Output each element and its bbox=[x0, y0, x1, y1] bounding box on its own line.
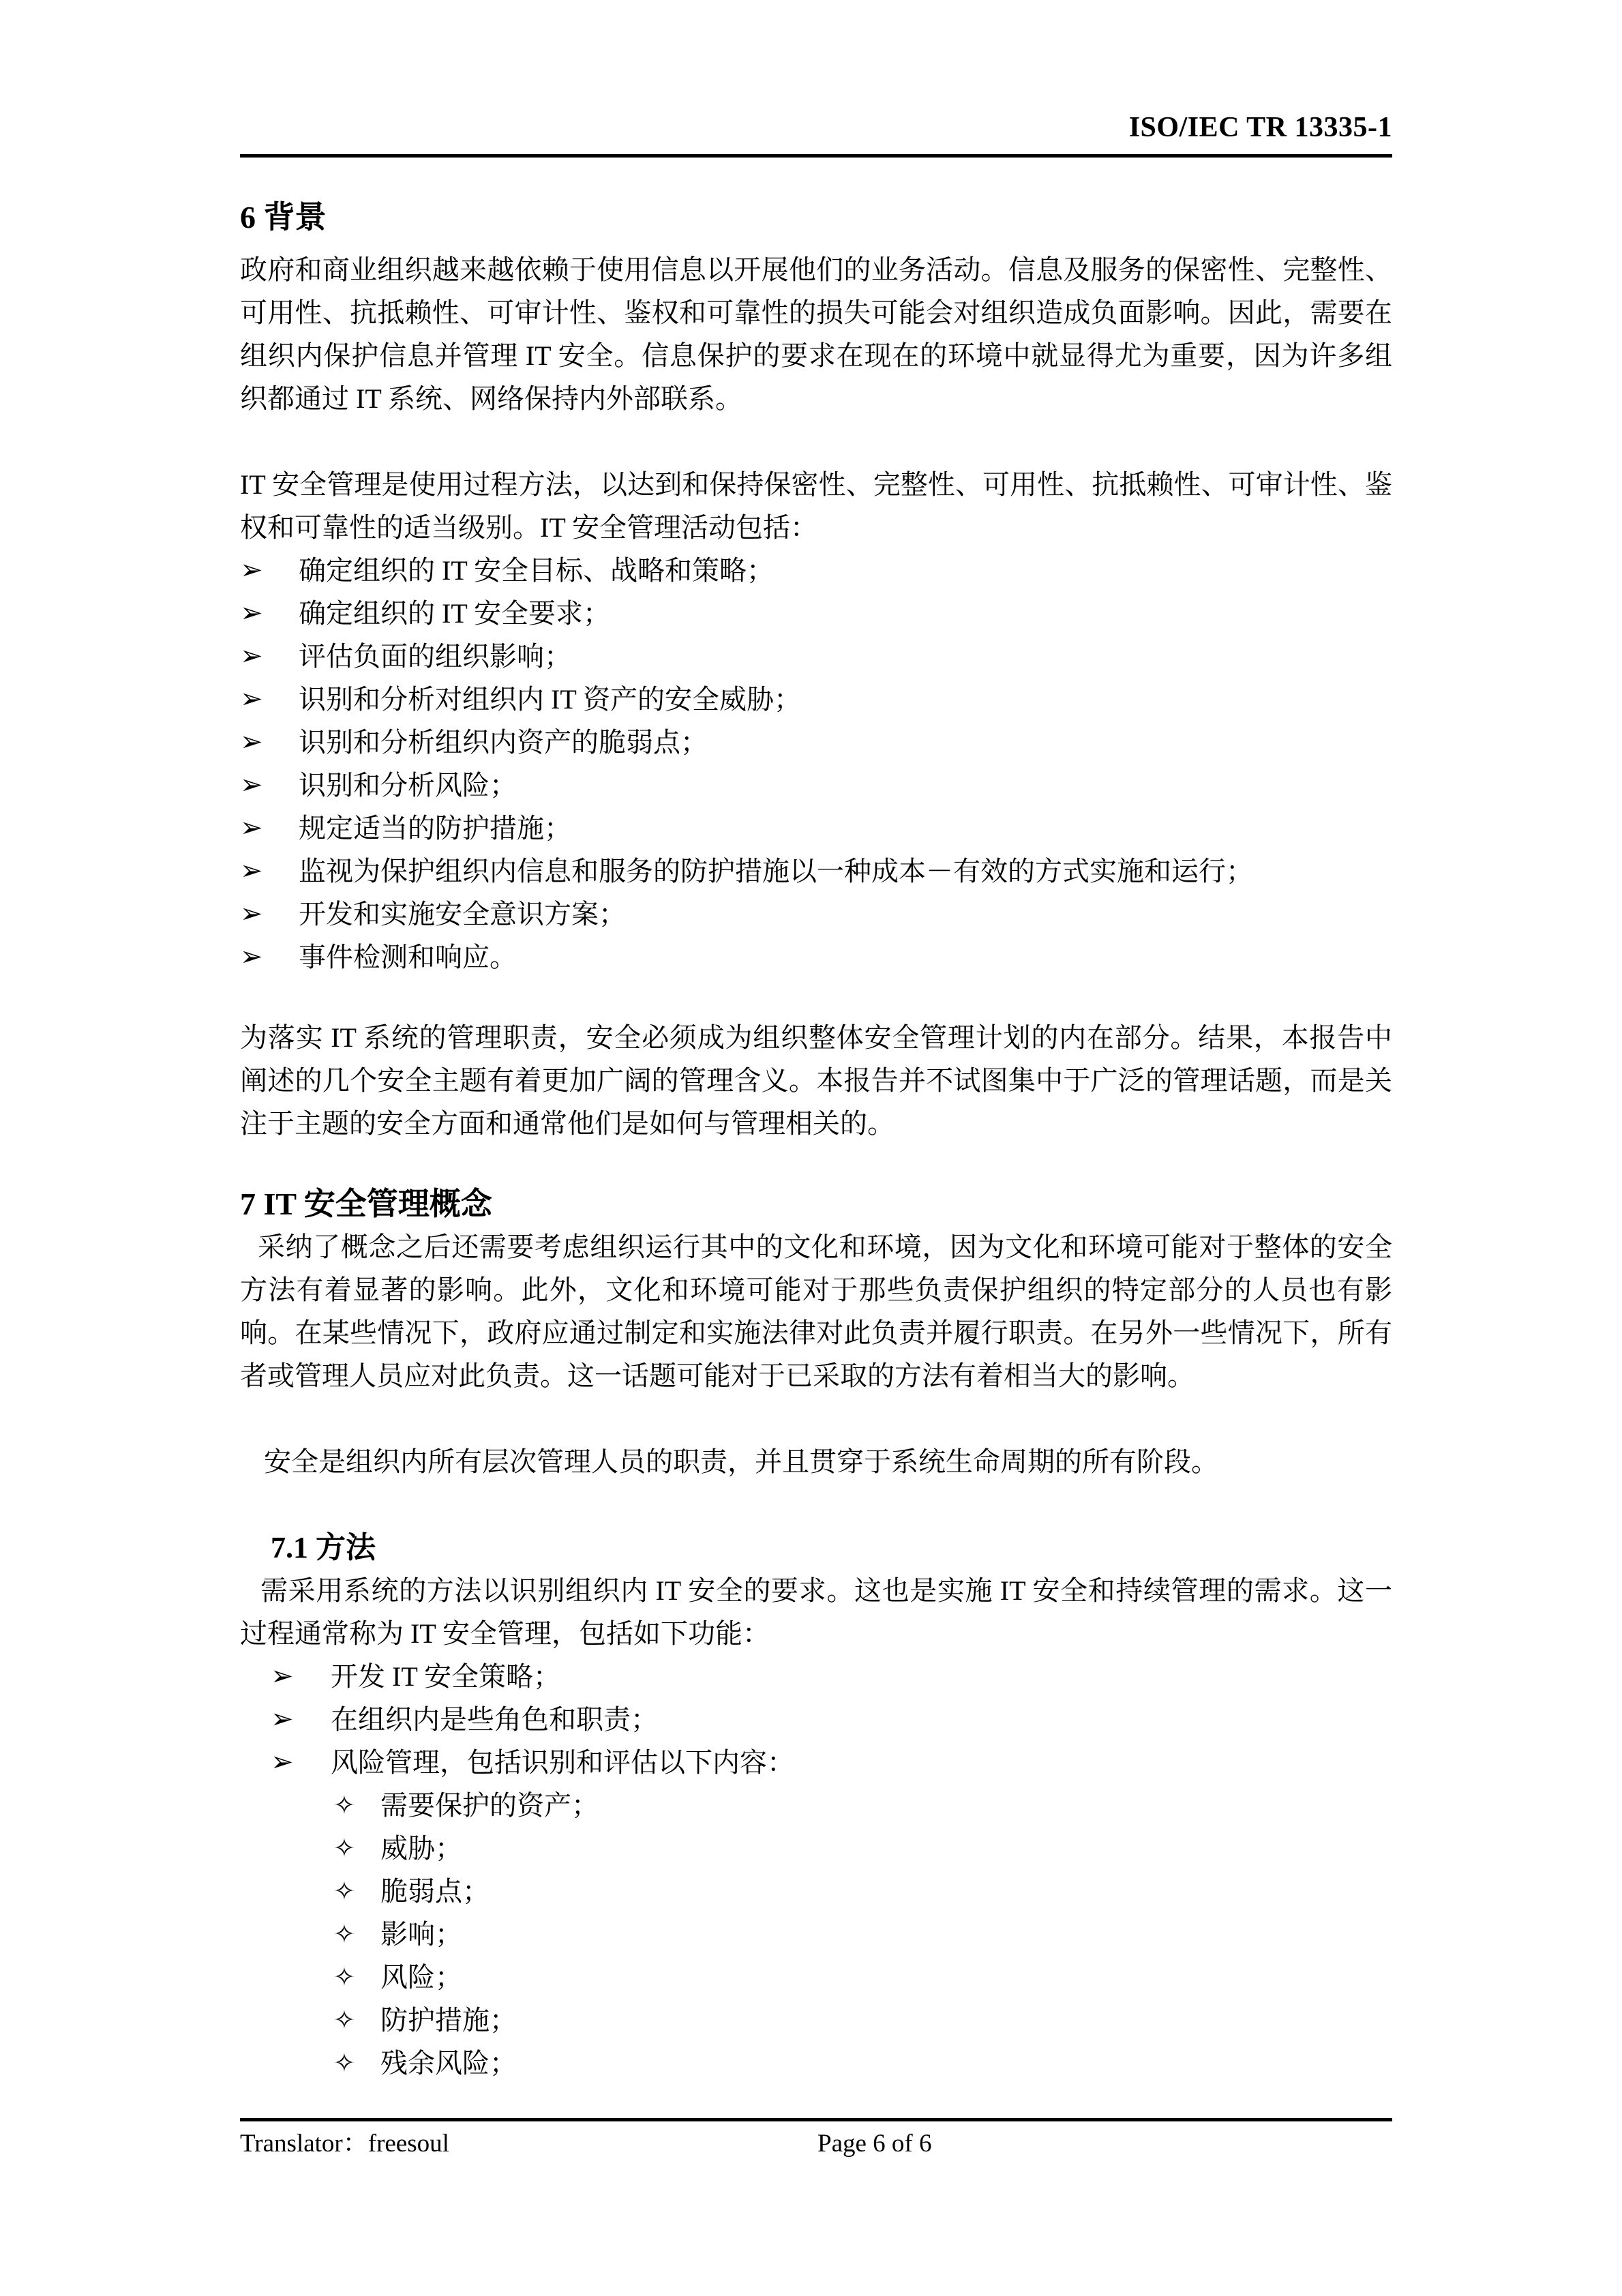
section7-paragraph-2: 安全是组织内所有层次管理人员的职责，并且贯穿于系统生命周期的所有阶段。 bbox=[240, 1440, 1392, 1483]
list-item: ✧威胁； bbox=[333, 1827, 1392, 1870]
header-doc-reference: ISO/IEC TR 13335-1 bbox=[240, 0, 1392, 145]
list-item: ➢事件检测和响应。 bbox=[240, 936, 1392, 979]
diamond-bullet-icon: ✧ bbox=[333, 1827, 355, 1870]
page-number-label: Page 6 of 6 bbox=[817, 2128, 932, 2160]
list-item-text: 识别和分析对组织内 IT 资产的安全威胁； bbox=[299, 684, 801, 715]
list-item: ✧防护措施； bbox=[333, 1999, 1392, 2042]
arrow-bullet-icon: ➢ bbox=[240, 592, 263, 635]
list-item-text: 识别和分析组织内资产的脆弱点； bbox=[299, 727, 708, 758]
section7-paragraph-1: 采纳了概念之后还需要考虑组织运行其中的文化和环境，因为文化和环境可能对于整体的安… bbox=[240, 1225, 1392, 1397]
list-item-text: 确定组织的 IT 安全目标、战略和策略； bbox=[299, 555, 774, 586]
arrow-bullet-icon: ➢ bbox=[240, 850, 263, 893]
list-item-text: 在组织内是些角色和职责； bbox=[331, 1704, 658, 1735]
arrow-bullet-icon: ➢ bbox=[240, 635, 263, 678]
arrow-bullet-icon: ➢ bbox=[271, 1741, 294, 1784]
list-item-text: 影响； bbox=[380, 1919, 462, 1950]
list-item-text: 威胁； bbox=[380, 1833, 462, 1864]
arrow-bullet-icon: ➢ bbox=[271, 1655, 294, 1698]
translator-label: Translator：freesoul bbox=[240, 2130, 449, 2158]
arrow-bullet-icon: ➢ bbox=[240, 678, 263, 721]
list-item-text: 残余风险； bbox=[380, 2048, 517, 2078]
diamond-bullet-icon: ✧ bbox=[333, 1870, 355, 1913]
diamond-bullet-icon: ✧ bbox=[333, 2042, 355, 2085]
list-item-text: 开发和实施安全意识方案； bbox=[299, 899, 626, 929]
list-item-text: 风险； bbox=[380, 1962, 462, 1993]
list-item: ✧残余风险； bbox=[333, 2042, 1392, 2085]
it-security-functions-list: ➢开发 IT 安全策略； ➢在组织内是些角色和职责； ➢风险管理，包括识别和评估… bbox=[271, 1655, 1392, 1784]
arrow-bullet-icon: ➢ bbox=[240, 807, 263, 850]
list-item: ✧风险； bbox=[333, 1956, 1392, 1999]
section-7-1-heading: 7.1 方法 bbox=[271, 1526, 1392, 1569]
diamond-bullet-icon: ✧ bbox=[333, 1913, 355, 1956]
list-item: ➢确定组织的 IT 安全目标、战略和策略； bbox=[240, 549, 1392, 592]
list-item: ✧脆弱点； bbox=[333, 1870, 1392, 1913]
document-page: ISO/IEC TR 13335-1 6 背景 政府和商业组织越来越依赖于使用信… bbox=[0, 0, 1622, 2296]
list-item-text: 规定适当的防护措施； bbox=[299, 813, 571, 844]
arrow-bullet-icon: ➢ bbox=[271, 1698, 294, 1741]
list-item-text: 风险管理，包括识别和评估以下内容： bbox=[331, 1747, 794, 1778]
section6-paragraph-2: IT 安全管理是使用过程方法，以达到和保持保密性、完整性、可用性、抗抵赖性、可审… bbox=[240, 463, 1392, 549]
list-item-text: 防护措施； bbox=[380, 2005, 517, 2036]
list-item: ➢评估负面的组织影响； bbox=[240, 635, 1392, 678]
arrow-bullet-icon: ➢ bbox=[240, 893, 263, 936]
section-7-heading: 7 IT 安全管理概念 bbox=[240, 1182, 1392, 1225]
page-footer: Translator：freesoul Page 6 of 6 bbox=[240, 2128, 1392, 2160]
section6-paragraph-3: 为落实 IT 系统的管理职责，安全必须成为组织整体安全管理计划的内在部分。结果，… bbox=[240, 1016, 1392, 1145]
diamond-bullet-icon: ✧ bbox=[333, 1999, 355, 2042]
section-6-heading: 6 背景 bbox=[240, 196, 1392, 239]
list-item: ➢开发和实施安全意识方案； bbox=[240, 893, 1392, 936]
list-item: ➢确定组织的 IT 安全要求； bbox=[240, 592, 1392, 635]
list-item: ➢开发 IT 安全策略； bbox=[271, 1655, 1392, 1698]
arrow-bullet-icon: ➢ bbox=[240, 936, 263, 979]
it-security-activities-list: ➢确定组织的 IT 安全目标、战略和策略； ➢确定组织的 IT 安全要求； ➢评… bbox=[240, 549, 1392, 979]
list-item-text: 开发 IT 安全策略； bbox=[331, 1661, 560, 1692]
list-item-text: 确定组织的 IT 安全要求； bbox=[299, 598, 610, 629]
list-item: ➢识别和分析风险； bbox=[240, 764, 1392, 807]
section6-paragraph-1: 政府和商业组织越来越依赖于使用信息以开展他们的业务活动。信息及服务的保密性、完整… bbox=[240, 248, 1392, 420]
list-item-text: 事件检测和响应。 bbox=[299, 942, 517, 972]
list-item: ➢风险管理，包括识别和评估以下内容： bbox=[271, 1741, 1392, 1784]
list-item: ✧需要保护的资产； bbox=[333, 1784, 1392, 1827]
arrow-bullet-icon: ➢ bbox=[240, 721, 263, 764]
list-item: ➢在组织内是些角色和职责； bbox=[271, 1698, 1392, 1741]
list-item-text: 脆弱点； bbox=[380, 1876, 490, 1907]
list-item-text: 评估负面的组织影响； bbox=[299, 641, 571, 672]
diamond-bullet-icon: ✧ bbox=[333, 1784, 355, 1827]
risk-management-items-list: ✧需要保护的资产； ✧威胁； ✧脆弱点； ✧影响； ✧风险； ✧防护措施； ✧残… bbox=[333, 1784, 1392, 2085]
list-item: ➢监视为保护组织内信息和服务的防护措施以一种成本－有效的方式实施和运行； bbox=[240, 850, 1392, 893]
list-item-text: 识别和分析风险； bbox=[299, 770, 517, 801]
diamond-bullet-icon: ✧ bbox=[333, 1956, 355, 1999]
list-item: ➢识别和分析组织内资产的脆弱点； bbox=[240, 721, 1392, 764]
list-item: ➢识别和分析对组织内 IT 资产的安全威胁； bbox=[240, 678, 1392, 721]
list-item-text: 需要保护的资产； bbox=[380, 1790, 599, 1821]
footer-rule bbox=[240, 2118, 1392, 2121]
header-rule bbox=[240, 154, 1392, 158]
list-item: ➢规定适当的防护措施； bbox=[240, 807, 1392, 850]
list-item: ✧影响； bbox=[333, 1913, 1392, 1956]
arrow-bullet-icon: ➢ bbox=[240, 549, 263, 592]
section7-1-paragraph-1: 需采用系统的方法以识别组织内 IT 安全的要求。这也是实施 IT 安全和持续管理… bbox=[240, 1569, 1392, 1655]
list-item-text: 监视为保护组织内信息和服务的防护措施以一种成本－有效的方式实施和运行； bbox=[299, 856, 1253, 886]
arrow-bullet-icon: ➢ bbox=[240, 764, 263, 807]
